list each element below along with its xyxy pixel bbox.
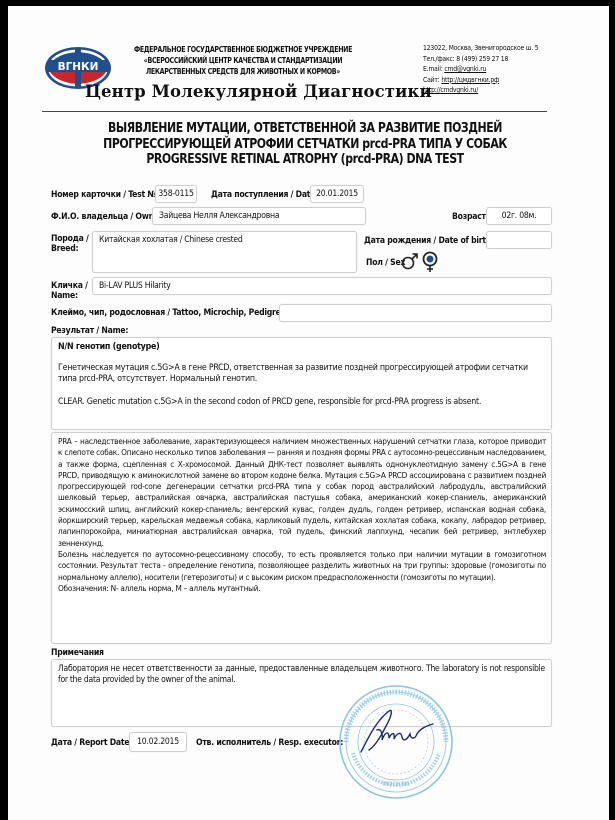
org-line-3: ЛЕКАРСТВЕННЫХ СРЕДСТВ ДЛЯ ЖИВОТНЫХ И КОР…: [110, 66, 377, 77]
description-box: PRA – наследственное заболевание, характ…: [51, 432, 552, 644]
title-line-1: ВЫЯВЛЕНИЕ МУТАЦИИ, ОТВЕТСТВЕННОЙ ЗА РАЗВ…: [67, 121, 544, 137]
title-line-2: ПРОГРЕССИРУЮЩЕЙ АТРОФИИ СЕТЧАТКИ prcd-PR…: [67, 137, 544, 153]
address: 123022, Москва, Звенигородское ш. 5: [423, 43, 538, 54]
header-divider: [42, 111, 547, 112]
email-label: E.mail:: [423, 65, 444, 73]
notes-box: Лаборатория не несет ответственности за …: [51, 659, 552, 727]
test-no-field[interactable]: 358-0115: [155, 185, 197, 203]
email-row: E.mail: cmd@vgnki.ru: [423, 64, 538, 75]
org-line-1: ФЕДЕРАЛЬНОЕ ГОСУДАРСТВЕННОЕ БЮДЖЕТНОЕ УЧ…: [110, 44, 377, 55]
document-title: ВЫЯВЛЕНИЕ МУТАЦИИ, ОТВЕТСТВЕННОЙ ЗА РАЗВ…: [67, 121, 544, 168]
notes-text: Лаборатория не несет ответственности за …: [52, 660, 551, 687]
signature-icon: [355, 706, 435, 756]
description-paragraph-2: Болезнь наследуется по аутосомно-рецесси…: [58, 549, 546, 583]
notes-label: Примечания: [51, 648, 104, 658]
breed-value: Китайская хохлатая / Chinese crested: [93, 232, 356, 248]
result-text-ru: Генетическая мутация c.5G>A в гене PRCD,…: [58, 363, 545, 386]
contacts-block: 123022, Москва, Звенигородское ш. 5 Тел.…: [423, 43, 538, 96]
site-row: Сайт: http://цмдвгнки.рф: [423, 75, 538, 86]
report-date-label: Дата / Report Date:: [51, 738, 132, 748]
name-label-ru: Кличка /: [51, 281, 88, 291]
breed-label-ru: Порода /: [51, 234, 89, 244]
result-label: Результат / Name:: [51, 326, 128, 336]
age-field[interactable]: 02г. 08м.: [486, 207, 552, 225]
age-label: Возраст: [452, 212, 486, 222]
name-label-en: Name:: [51, 291, 88, 301]
email-link[interactable]: cmd@vgnki.ru: [444, 65, 486, 73]
test-no-value: 358-0115: [156, 186, 196, 202]
date-label: Дата поступления / Date:: [211, 190, 318, 200]
name-field[interactable]: Bi-LAV PLUS Hilarity: [92, 277, 552, 295]
owner-value: Зайцева Нелля Александровна: [153, 208, 365, 224]
result-content: N/N генотип (genotype) Генетическая мута…: [52, 338, 551, 408]
site-label: Сайт:: [423, 76, 441, 84]
breed-label-en: Breed:: [51, 244, 89, 254]
name-label: Кличка / Name:: [51, 281, 88, 301]
svg-text:МОСКВА: МОСКВА: [383, 781, 410, 788]
tattoo-label: Клеймо, чип, родословная / Tattoo, Micro…: [51, 308, 288, 318]
site2-link[interactable]: http://cmdvgnki.ru/: [423, 86, 478, 94]
report-date-value: 10.02.2015: [130, 733, 186, 751]
description-paragraph-1: PRA – наследственное заболевание, характ…: [58, 436, 546, 549]
name-value: Bi-LAV PLUS Hilarity: [93, 278, 551, 294]
result-box: N/N генотип (genotype) Генетическая мута…: [51, 337, 552, 430]
breed-label: Порода / Breed:: [51, 234, 89, 254]
title-line-3: PROGRESSIVE RETINAL ATROPHY (prcd-PRA) D…: [67, 152, 544, 168]
female-radio-selected-icon[interactable]: [421, 251, 439, 273]
site-link[interactable]: http://цмдвгнки.рф: [441, 76, 499, 84]
date-field[interactable]: 20.01.2015: [310, 185, 364, 203]
org-line-2: «ВСЕРОССИЙСКИЙ ЦЕНТР КАЧЕСТВА И СТАНДАРТ…: [110, 55, 377, 66]
site2-row: http://cmdvgnki.ru/: [423, 85, 538, 96]
description-content: PRA – наследственное заболевание, характ…: [52, 433, 551, 594]
executor-label: Отв. исполнитель / Resp. executor:: [196, 738, 343, 748]
tattoo-field[interactable]: [279, 304, 552, 322]
date-value: 20.01.2015: [311, 186, 363, 202]
genotype-value: N/N генотип (genotype): [58, 342, 545, 352]
age-value: 02г. 08м.: [487, 208, 551, 224]
center-name: Центр Молекулярной Диагностики: [85, 82, 432, 101]
sex-label: Пол / Sex: [366, 258, 405, 268]
male-radio-icon[interactable]: [401, 252, 419, 270]
dob-label: Дата рождения / Date of birth:: [364, 236, 494, 246]
result-text-en: CLEAR. Genetic mutation c.5G>A in the se…: [58, 397, 545, 408]
description-paragraph-3: Обозначения: N- аллель норма, M – аллель…: [58, 583, 546, 594]
organization-name: ФЕДЕРАЛЬНОЕ ГОСУДАРСТВЕННОЕ БЮДЖЕТНОЕ УЧ…: [110, 44, 377, 77]
svg-text:ВГНКИ: ВГНКИ: [58, 61, 99, 73]
dob-field[interactable]: [486, 231, 552, 249]
breed-field[interactable]: Китайская хохлатая / Chinese crested: [92, 231, 357, 273]
report-date-field[interactable]: 10.02.2015: [129, 732, 187, 752]
test-no-label: Номер карточки / Test №:: [51, 190, 159, 200]
phone: Тел./факс: 8 (499) 259 27 18: [423, 54, 538, 65]
owner-label: Ф.И.О. владельца / Owner:: [51, 212, 165, 222]
owner-field[interactable]: Зайцева Нелля Александровна: [152, 207, 366, 225]
